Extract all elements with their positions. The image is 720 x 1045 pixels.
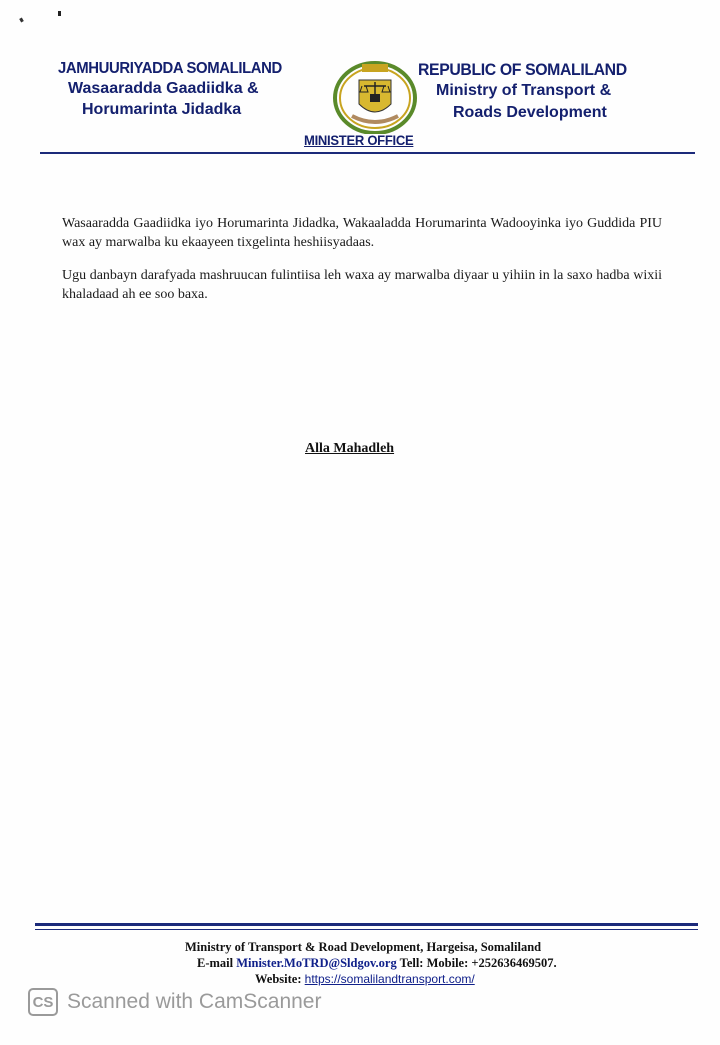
email-link[interactable]: Minister.MoTRD@Sldgov.org — [236, 956, 396, 970]
footer-divider — [35, 923, 698, 926]
footer-divider-thin — [35, 929, 698, 930]
footer: Ministry of Transport & Road Development… — [185, 939, 557, 987]
email-label: E-mail — [197, 956, 233, 970]
letterhead-english: REPUBLIC OF SOMALILAND Ministry of Trans… — [418, 60, 698, 122]
body-paragraph: Wasaaradda Gaadiidka iyo Horumarinta Jid… — [62, 214, 662, 252]
letterhead-right-line3: Roads Development — [453, 104, 698, 122]
coat-of-arms-icon — [332, 58, 418, 134]
body-paragraph: Ugu danbayn darafyada mashruucan fulinti… — [62, 266, 662, 304]
tel-label: Tell: Mobile: — [400, 956, 469, 970]
phone-number: +252636469507. — [471, 956, 556, 970]
footer-address: Ministry of Transport & Road Development… — [185, 939, 557, 955]
letterhead-right-line2: Ministry of Transport & — [436, 82, 698, 100]
header-divider — [40, 152, 695, 154]
office-label: MINISTER OFFICE — [304, 132, 413, 148]
letterhead-left-line3: Horumarinta Jidadka — [82, 101, 338, 119]
closing-line: Alla Mahadleh — [305, 441, 394, 457]
footer-website: Website: https://somalilandtransport.com… — [255, 971, 557, 987]
letterhead-somali: JAMHUURIYADDA SOMALILAND Wasaaradda Gaad… — [58, 60, 338, 119]
letter-body: Wasaaradda Gaadiidka iyo Horumarinta Jid… — [62, 214, 662, 318]
scan-speck — [19, 18, 24, 23]
website-label: Website: — [255, 972, 302, 986]
scan-speck — [58, 11, 61, 16]
camscanner-watermark: CS Scanned with CamScanner — [28, 988, 321, 1016]
watermark-text: Scanned with CamScanner — [67, 990, 321, 1014]
letterhead-left-line1: JAMHUURIYADDA SOMALILAND — [58, 60, 318, 78]
website-link[interactable]: https://somalilandtransport.com/ — [305, 972, 475, 986]
letterhead-right-line1: REPUBLIC OF SOMALILAND — [418, 60, 678, 80]
footer-contact: E-mail Minister.MoTRD@Sldgov.org Tell: M… — [197, 955, 557, 971]
letterhead: JAMHUURIYADDA SOMALILAND Wasaaradda Gaad… — [0, 58, 720, 158]
letterhead-left-line2: Wasaaradda Gaadiidka & — [68, 80, 338, 98]
camscanner-logo-icon: CS — [28, 988, 58, 1016]
